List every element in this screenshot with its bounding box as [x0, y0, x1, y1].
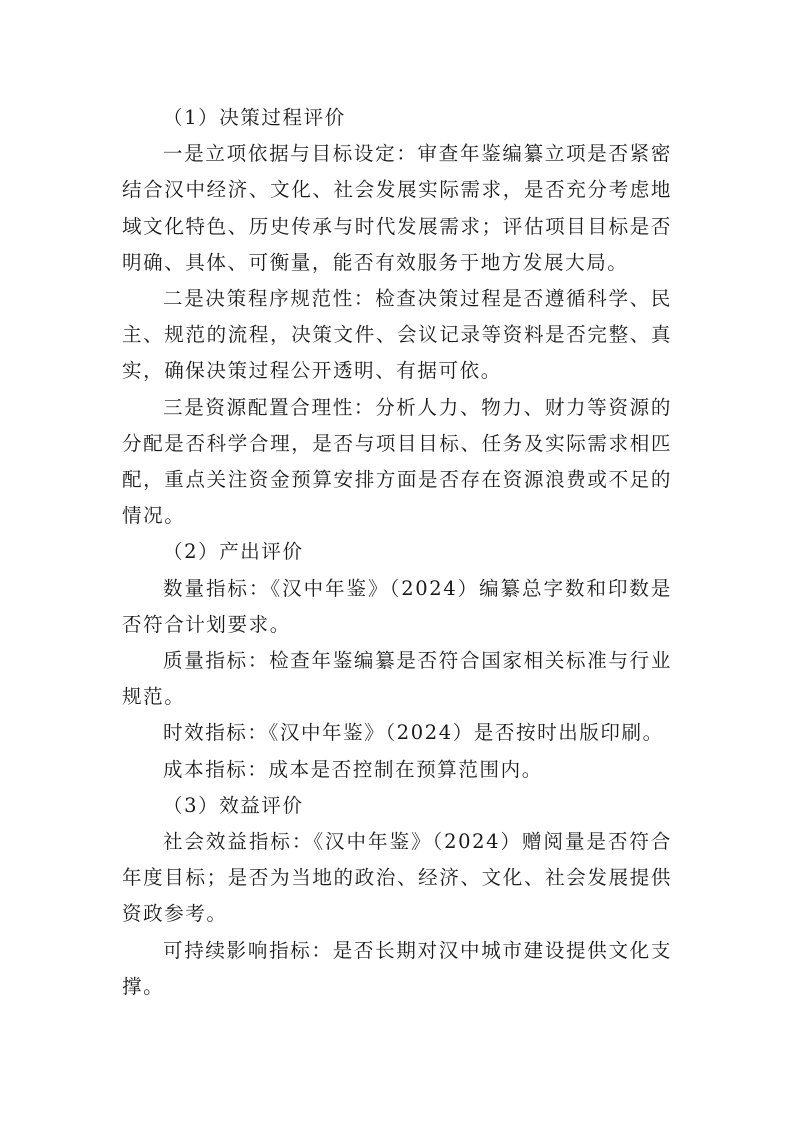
paragraph-quantity-indicator: 数量指标：《汉中年鉴》（2024）编纂总字数和印数是否符合计划要求。	[122, 571, 672, 643]
paragraph-resource-allocation: 三是资源配置合理性：分析人力、物力、财力等资源的分配是否科学合理，是否与项目目标…	[122, 390, 672, 535]
paragraph-quality-indicator: 质量指标：检查年鉴编纂是否符合国家相关标准与行业规范。	[122, 643, 672, 715]
paragraph-timeliness-indicator: 时效指标：《汉中年鉴》（2024）是否按时出版印刷。	[122, 715, 672, 751]
paragraph-project-basis: 一是立项依据与目标设定：审查年鉴编纂立项是否紧密结合汉中经济、文化、社会发展实际…	[122, 136, 672, 281]
paragraph-cost-indicator: 成本指标：成本是否控制在预算范围内。	[122, 752, 672, 788]
paragraph-social-benefit: 社会效益指标：《汉中年鉴》（2024）赠阅量是否符合年度目标；是否为当地的政治、…	[122, 824, 672, 933]
document-page: （1）决策过程评价 一是立项依据与目标设定：审查年鉴编纂立项是否紧密结合汉中经济…	[122, 100, 672, 1005]
section-heading-decision: （1）决策过程评价	[122, 100, 672, 136]
paragraph-decision-procedure: 二是决策程序规范性：检查决策过程是否遵循科学、民主、规范的流程，决策文件、会议记…	[122, 281, 672, 390]
paragraph-sustainable-impact: 可持续影响指标：是否长期对汉中城市建设提供文化支撑。	[122, 933, 672, 1005]
section-heading-output: （2）产出评价	[122, 534, 672, 570]
section-heading-benefit: （3）效益评价	[122, 788, 672, 824]
